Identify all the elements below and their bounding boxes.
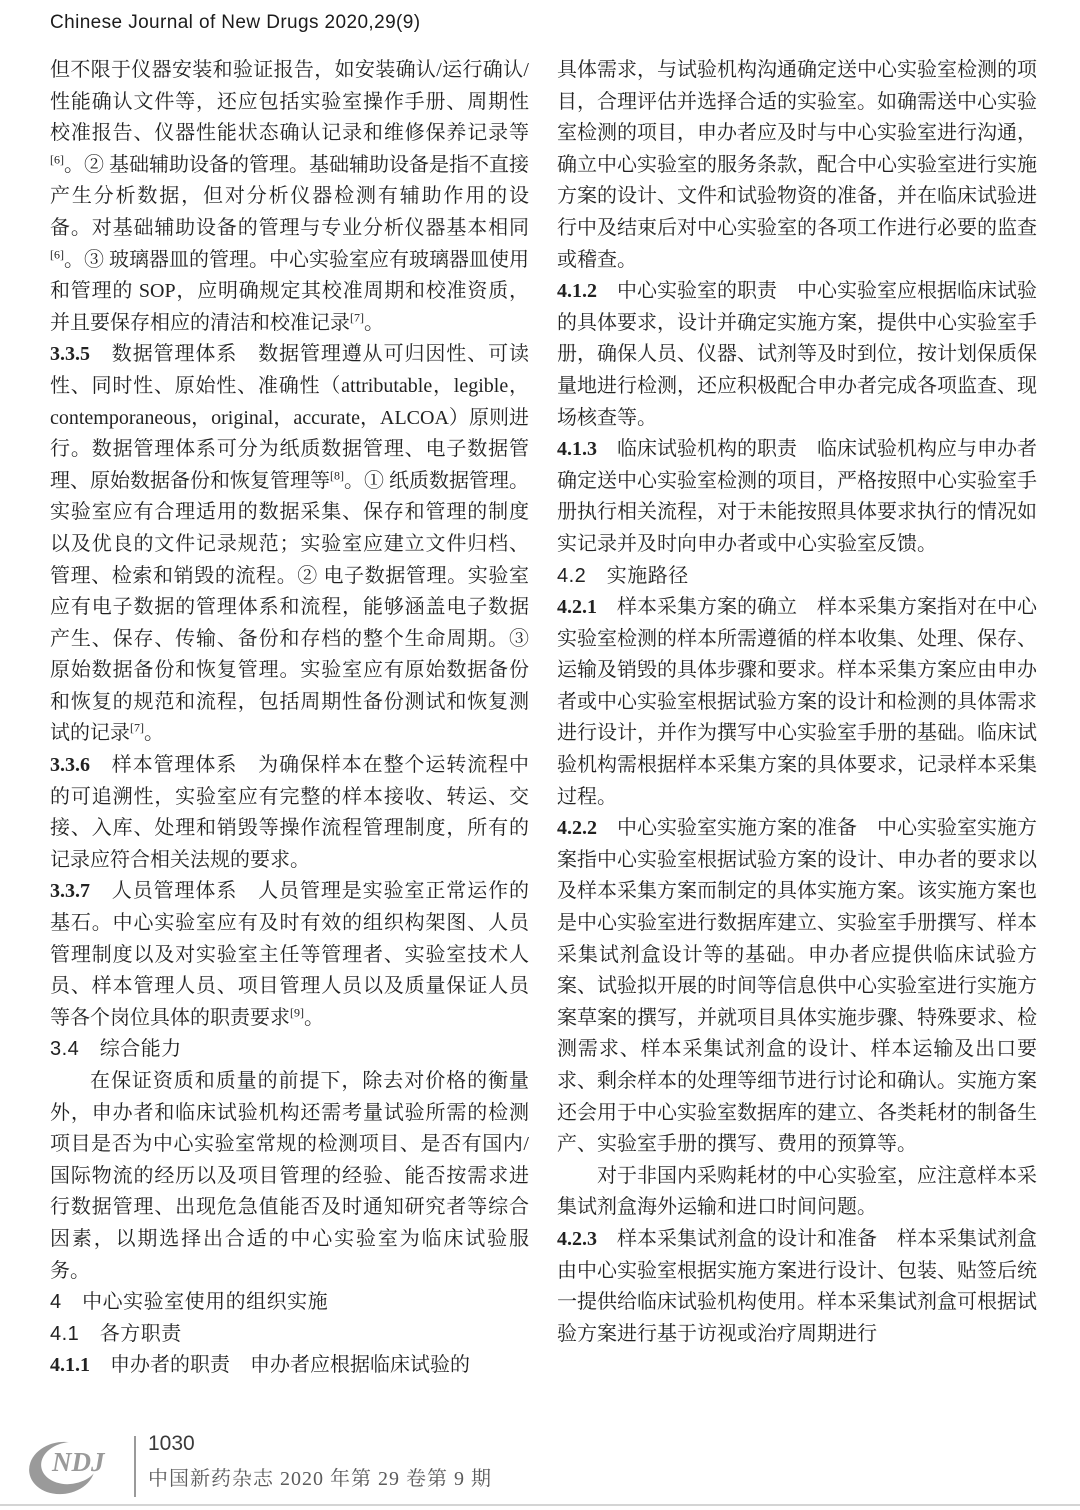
text-run: 。① 纸质数据管理。实验室应有合理适用的数据采集、保存和管理的制度以及优良的文件… [50, 470, 529, 745]
journal-logo-icon: NDJ [24, 1434, 128, 1498]
running-head: Chinese Journal of New Drugs 2020,29(9) [50, 12, 420, 34]
text-run: 临床试验机构的职责 临床试验机构应与申办者确定送中心实验室检测的项目，严格按照中… [557, 438, 1037, 555]
bottom-rule [0, 1504, 1080, 1506]
text-run: 中心实验室的职责 中心实验室应根据临床试验的具体要求，设计并确定实施方案，提供中… [557, 280, 1037, 428]
paragraph: 但不限于仪器安装和验证报告，如安装确认/运行确认/性能确认文件等，还应包括实验室… [50, 55, 529, 339]
text-run: 4 中心实验室使用的组织实施 [50, 1291, 328, 1313]
section-heading: 4.1 各方职责 [50, 1319, 529, 1351]
text-run: 。 [304, 1007, 324, 1029]
heading-number: 4.1.3 [557, 438, 597, 460]
text-run: 在保证资质和质量的前提下，除去对价格的衡量外，申办者和临床试验机构还需考量试验所… [50, 1070, 529, 1282]
reference-superscript: [9] [290, 1005, 304, 1019]
heading-number: 4.2.3 [557, 1228, 597, 1250]
text-run: 样本管理体系 为确保样本在整个运转流程中的可追溯性，实验室应有完整的样本接收、转… [50, 754, 529, 871]
paragraph: 3.3.5 数据管理体系 数据管理遵从可归因性、可读性、同时性、原始性、准确性（… [50, 339, 529, 750]
paragraph: 4.1.2 中心实验室的职责 中心实验室应根据临床试验的具体要求，设计并确定实施… [557, 276, 1037, 434]
footer-divider [134, 1436, 136, 1497]
heading-number: 3.3.6 [50, 754, 90, 776]
heading-number: 4.2.1 [557, 596, 597, 618]
logo-letters: NDJ [51, 1447, 106, 1477]
text-column-left: 但不限于仪器安装和验证报告，如安装确认/运行确认/性能确认文件等，还应包括实验室… [50, 55, 529, 1427]
section-heading: 4 中心实验室使用的组织实施 [50, 1287, 529, 1319]
text-run: 3.4 综合能力 [50, 1038, 182, 1060]
text-run: 但不限于仪器安装和验证报告，如安装确认/运行确认/性能确认文件等，还应包括实验室… [50, 59, 529, 144]
paragraph: 3.3.7 人员管理体系 人员管理是实验室正常运作的基石。中心实验室应有及时有效… [50, 876, 529, 1034]
paragraph: 3.3.6 样本管理体系 为确保样本在整个运转流程中的可追溯性，实验室应有完整的… [50, 750, 529, 876]
journal-citation: 中国新药杂志 2020 年第 29 卷第 9 期 [148, 1462, 492, 1491]
paragraph: 4.2.3 样本采集试剂盒的设计和准备 样本采集试剂盒由中心实验室根据实施方案进… [557, 1224, 1037, 1350]
text-run: 具体需求，与试验机构沟通确定送中心实验室检测的项目，合理评估并选择合适的实验室。… [557, 59, 1037, 271]
reference-superscript: [8] [330, 468, 344, 482]
text-run: 。 [144, 722, 164, 744]
heading-number: 3.3.5 [50, 343, 90, 365]
reference-superscript: [6] [50, 247, 64, 261]
reference-superscript: [7] [130, 721, 144, 735]
paragraph: 对于非国内采购耗材的中心实验室，应注意样本采集试剂盒海外运输和进口时间问题。 [557, 1161, 1037, 1224]
text-run: 4.1 各方职责 [50, 1323, 182, 1345]
journal-page: Chinese Journal of New Drugs 2020,29(9) … [0, 0, 1080, 1510]
page-number: 1030 [148, 1432, 195, 1456]
reference-superscript: [7] [350, 310, 364, 324]
section-heading: 3.4 综合能力 [50, 1034, 529, 1066]
text-run: 。② 基础辅助设备的管理。基础辅助设备是指不直接产生分析数据，但对分析仪器检测有… [50, 154, 529, 239]
heading-number: 4.2.2 [557, 817, 597, 839]
text-run: 4.2 实施路径 [557, 565, 689, 587]
text-run: 对于非国内采购耗材的中心实验室，应注意样本采集试剂盒海外运输和进口时间问题。 [557, 1165, 1037, 1219]
heading-number: 4.1.1 [50, 1354, 90, 1376]
heading-number: 3.3.7 [50, 880, 90, 902]
paragraph: 在保证资质和质量的前提下，除去对价格的衡量外，申办者和临床试验机构还需考量试验所… [50, 1066, 529, 1287]
section-heading: 4.2 实施路径 [557, 561, 1037, 593]
text-run: 样本采集试剂盒的设计和准备 样本采集试剂盒由中心实验室根据实施方案进行设计、包装… [557, 1228, 1037, 1345]
text-column-right: 具体需求，与试验机构沟通确定送中心实验室检测的项目，合理评估并选择合适的实验室。… [557, 55, 1037, 1427]
reference-superscript: [6] [50, 152, 64, 166]
heading-number: 4.1.2 [557, 280, 597, 302]
paragraph: 具体需求，与试验机构沟通确定送中心实验室检测的项目，合理评估并选择合适的实验室。… [557, 55, 1037, 276]
paragraph: 4.2.2 中心实验室实施方案的准备 中心实验室实施方案指中心实验室根据试验方案… [557, 813, 1037, 1161]
text-run: 申办者的职责 申办者应根据临床试验的 [90, 1354, 470, 1376]
text-run: 。 [364, 312, 384, 334]
paragraph: 4.1.1 申办者的职责 申办者应根据临床试验的 [50, 1350, 529, 1382]
text-run: 中心实验室实施方案的准备 中心实验室实施方案指中心实验室根据试验方案的设计、申办… [557, 817, 1037, 1155]
paragraph: 4.1.3 临床试验机构的职责 临床试验机构应与申办者确定送中心实验室检测的项目… [557, 434, 1037, 560]
text-run: 。③ 玻璃器皿的管理。中心实验室应有玻璃器皿使用和管理的 SOP，应明确规定其校… [50, 249, 529, 334]
text-run: 样本采集方案的确立 样本采集方案指对在中心实验室检测的样本所需遵循的样本收集、处… [557, 596, 1037, 808]
paragraph: 4.2.1 样本采集方案的确立 样本采集方案指对在中心实验室检测的样本所需遵循的… [557, 592, 1037, 813]
